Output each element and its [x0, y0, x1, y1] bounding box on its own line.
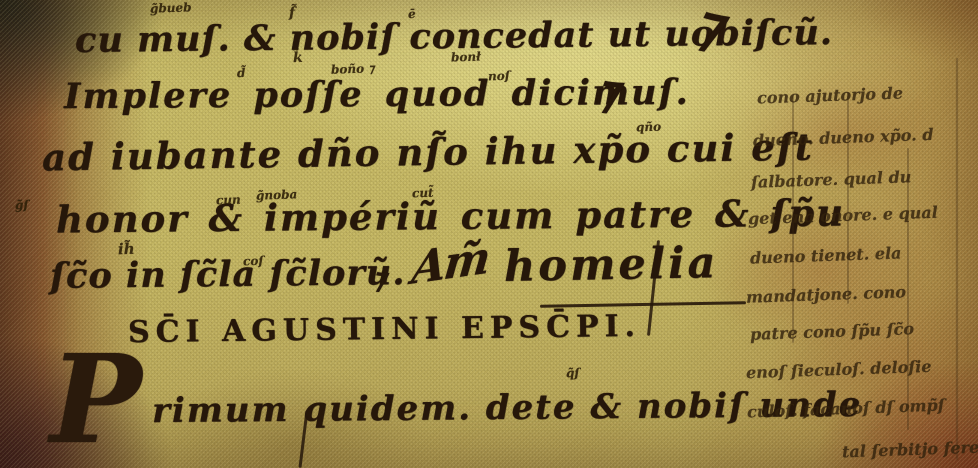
interlinear-gloss: g̃bueb — [150, 0, 192, 15]
manuscript-page: cu muſ. & nobiſ concedat ut uobiſcũ. ⁊ I… — [0, 0, 978, 468]
interlinear-gloss: bonł — [451, 49, 481, 64]
main-text-line-5: ſc̃o in ſc̃la ſc̃lorũ. — [50, 252, 406, 297]
interlinear-gloss: boño ⁊ — [331, 61, 375, 77]
interlinear-gloss: noſ — [488, 69, 510, 84]
margin-gloss-line: patre cono ſp̃u ſc̃o — [750, 319, 915, 344]
interlinear-gloss: k̃ — [293, 50, 303, 66]
interlinear-gloss: g̃noba — [256, 187, 298, 202]
amen-flourish: Am̃ — [410, 232, 491, 295]
interlinear-gloss: ē — [408, 7, 416, 21]
homelia-heading: homelia — [504, 238, 719, 292]
homelia-underline — [540, 301, 746, 308]
interlinear-gloss: coſ — [243, 254, 264, 269]
interlinear-gloss: d̃ — [237, 66, 246, 80]
rubric-line-sci-agustini: SC̄I AGUSTINI EPSC̄PI. — [128, 309, 641, 350]
interlinear-gloss: qño — [636, 120, 662, 135]
main-text-line-3: ad iubante dño nſ̃o ihu xp̃o cui eſt — [42, 125, 814, 180]
interlinear-gloss: f̃ — [289, 5, 296, 21]
ruling-line — [907, 148, 909, 430]
main-text-line-4: honor & impériũ cum patre & ſp̃u — [56, 191, 845, 242]
margin-gloss-line: dueno tienet. ela — [750, 243, 902, 267]
interlinear-gloss: cut̃ — [412, 186, 434, 201]
margin-gloss-line: ſalbatore. qual du — [751, 167, 912, 192]
margin-gloss-line: enoſ ſieculoſ. deloſie — [746, 357, 932, 382]
interlinear-gloss: q̃ſ — [566, 366, 580, 380]
margin-gloss-line: cono ajutorjo de — [757, 83, 904, 107]
ruling-line — [847, 92, 849, 304]
ruling-line — [956, 58, 958, 460]
drop-cap-initial: P — [50, 348, 142, 452]
interlinear-gloss: g̃ſ — [15, 198, 29, 212]
interlinear-gloss: ih̃ — [118, 240, 135, 259]
tironian-et-mark: ⁊ — [371, 262, 387, 296]
ruling-line — [792, 95, 794, 343]
interlinear-gloss: cun — [216, 193, 241, 208]
margin-gloss-line: mandatjone. cono — [746, 282, 907, 307]
